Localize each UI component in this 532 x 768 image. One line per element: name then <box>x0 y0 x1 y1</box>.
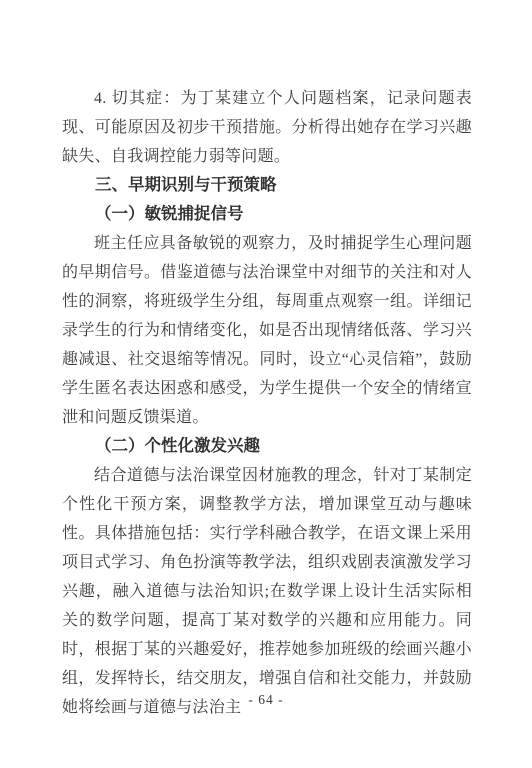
document-page: 4. 切其症：为丁某建立个人问题档案，记录问题表现、可能原因及初步干预措施。分析… <box>0 0 532 768</box>
subsection-heading: （一）敏锐捕捉信号 <box>62 200 472 229</box>
paragraph: 班主任应具备敏锐的观察力，及时捕捉学生心理问题的早期信号。借鉴道德与法治课堂中对… <box>62 229 472 432</box>
section-heading: 三、早期识别与干预策略 <box>62 171 472 200</box>
paragraph: 结合道德与法治课堂因材施教的理念，针对丁某制定个性化干预方案，调整教学方法，增加… <box>62 461 472 722</box>
page-content: 4. 切其症：为丁某建立个人问题档案，记录问题表现、可能原因及初步干预措施。分析… <box>62 84 472 722</box>
page-number: - 64 - <box>0 692 532 708</box>
paragraph: 4. 切其症：为丁某建立个人问题档案，记录问题表现、可能原因及初步干预措施。分析… <box>62 84 472 171</box>
subsection-heading: （二）个性化激发兴趣 <box>62 432 472 461</box>
